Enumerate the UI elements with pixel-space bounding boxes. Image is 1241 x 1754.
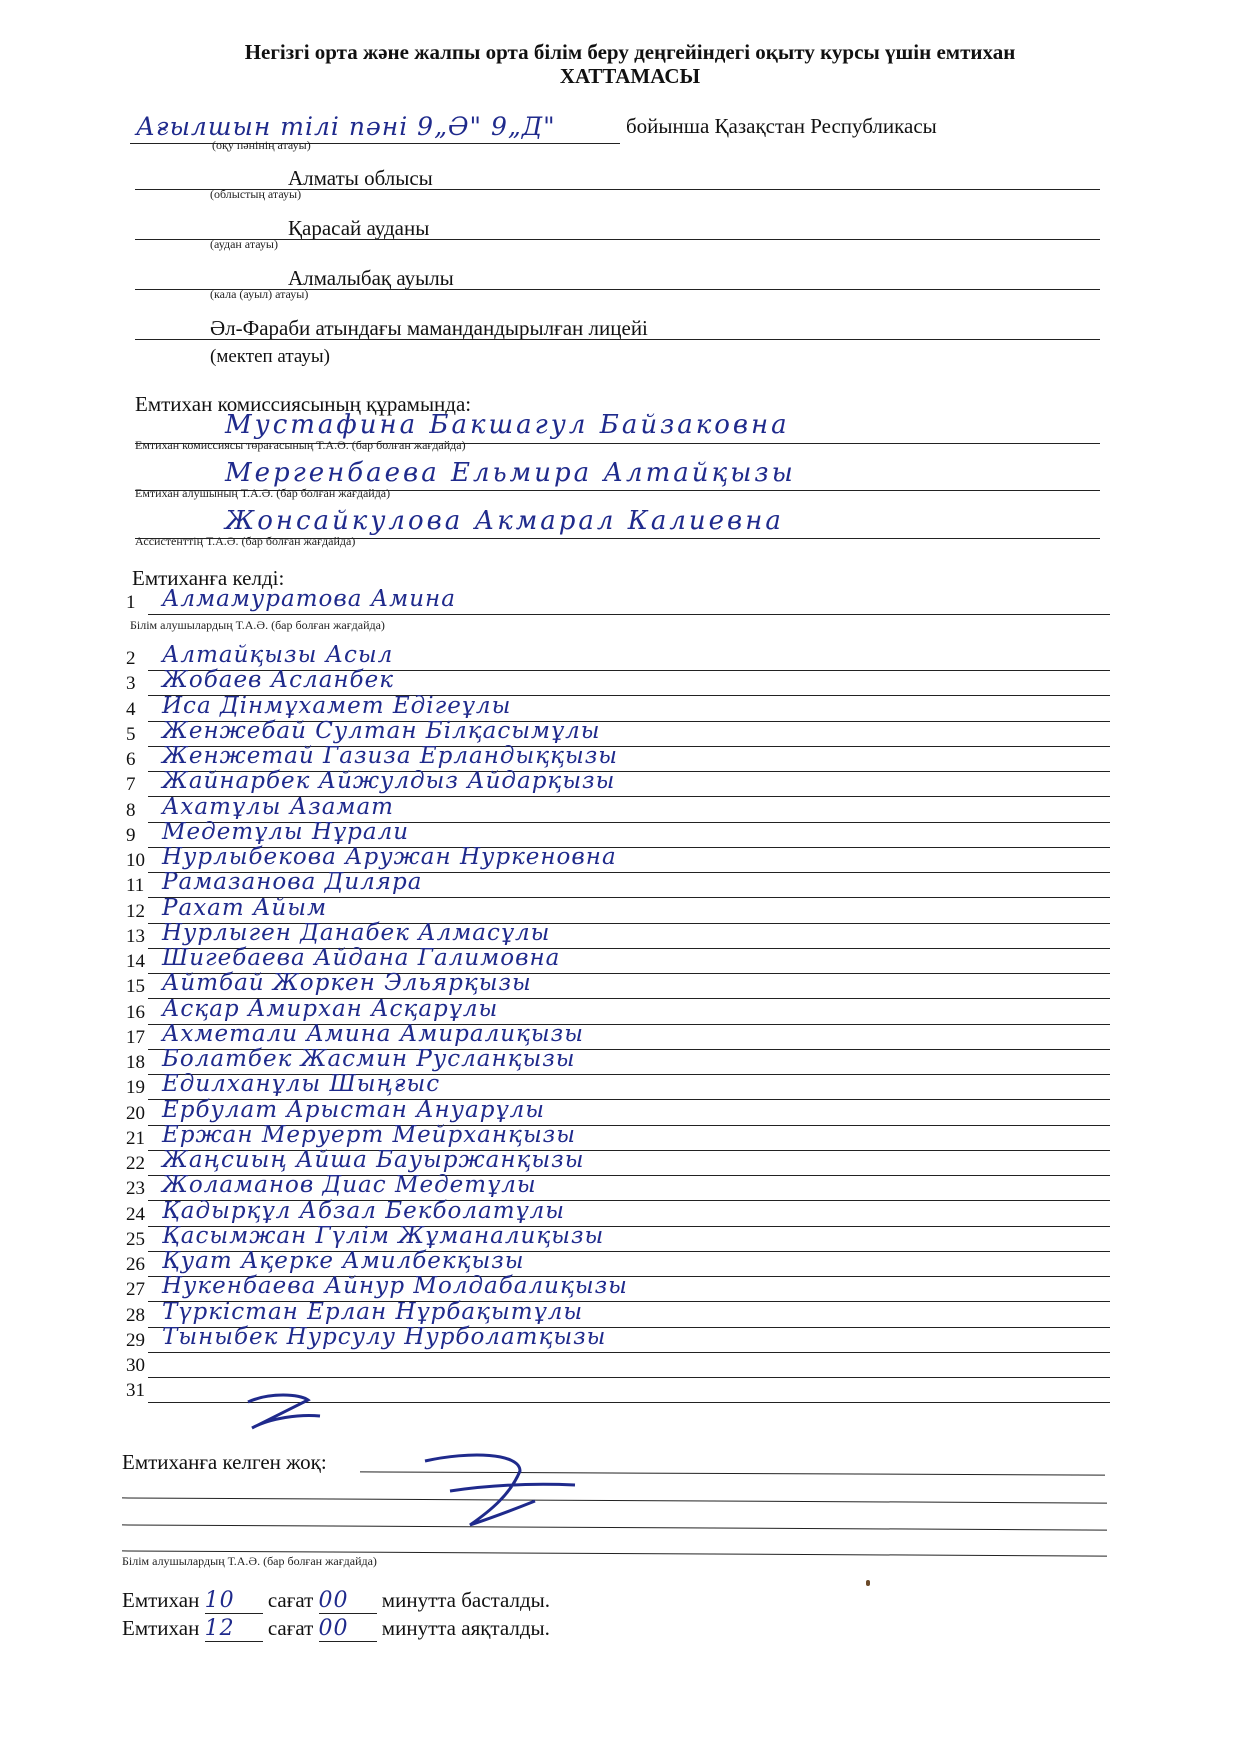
student-number: 22 (126, 1153, 156, 1175)
student-number: 29 (126, 1330, 156, 1352)
subject-line (130, 143, 620, 144)
end-minute: 00 (319, 1616, 349, 1641)
title-line-1: Негізгі орта және жалпы орта білім беру … (150, 40, 1110, 64)
district-line (135, 239, 1100, 240)
student-number: 30 (126, 1355, 156, 1377)
chair-value: Мустафина Бакшагул Байзаковна (225, 410, 790, 440)
student-name: Рахат Айым (162, 895, 327, 921)
student-number: 12 (126, 901, 156, 923)
student-number: 26 (126, 1254, 156, 1276)
cancel-scribble-absent (410, 1445, 580, 1530)
student-name: Жаңсиың Айша Бауыржанқызы (162, 1147, 584, 1173)
start-minute-field: 00 (319, 1588, 377, 1614)
student-name: Ержан Меруерт Мейрханқызы (162, 1122, 576, 1148)
end-prefix: Емтихан (122, 1616, 199, 1640)
exam-protocol-page: Негізгі орта және жалпы орта білім беру … (0, 0, 1241, 1754)
student-name: Қасымжан Гүлім Жұманалиқызы (162, 1223, 604, 1249)
end-hour: 12 (205, 1616, 235, 1641)
student-number: 15 (126, 976, 156, 998)
student-number: 21 (126, 1128, 156, 1150)
region-value: Алматы облысы (288, 166, 433, 191)
village-value: Алмалыбақ ауылы (288, 266, 454, 291)
student-name: Асқар Амирхан Асқарұлы (162, 996, 498, 1022)
student-number: 25 (126, 1229, 156, 1251)
student-number: 13 (126, 926, 156, 948)
student-number: 2 (126, 648, 156, 670)
examiner-value: Мергенбаева Ельмира Алтайқызы (225, 458, 796, 488)
region-caption: (облыстың атауы) (210, 187, 301, 202)
student-name: Жоламанов Диас Медетұлы (162, 1172, 537, 1198)
student-name: Нукенбаева Айнур Молдабалиқызы (162, 1273, 628, 1299)
student-name: Қадырқұл Абзал Бекболатұлы (162, 1198, 565, 1224)
absent-caption: Білім алушылардың Т.А.Ә. (бар болған жағ… (122, 1554, 377, 1569)
chair-caption: Емтихан комиссиясы төрағасының Т.А.Ә. (б… (135, 438, 466, 453)
school-line (135, 339, 1100, 340)
assistant-caption: Ассистенттің Т.А.Ә. (бар болған жағдайда… (135, 534, 355, 549)
end-hour-word: сағат (268, 1616, 313, 1640)
student-number: 10 (126, 850, 156, 872)
end-time-row: Емтихан 12 сағат 00 минутта аяқталды. (122, 1616, 550, 1642)
student-number: 1 (126, 592, 156, 614)
end-suffix: минутта аяқталды. (382, 1616, 550, 1640)
cancel-scribble-rows (240, 1390, 330, 1440)
student-name: Қуат Ақерке Амилбекқызы (162, 1248, 525, 1274)
absent-heading: Емтиханға келген жоқ: (122, 1450, 327, 1475)
student-name: Болатбек Жасмин Русланқызы (162, 1046, 576, 1072)
student-number: 16 (126, 1002, 156, 1024)
student-name: Нурлыген Данабек Алмасұлы (162, 920, 550, 946)
district-value: Қарасай ауданы (288, 216, 429, 241)
student-number: 23 (126, 1178, 156, 1200)
document-title: Негізгі орта және жалпы орта білім беру … (150, 40, 1110, 88)
student-number: 6 (126, 749, 156, 771)
student-number: 24 (126, 1204, 156, 1226)
student-line (148, 1352, 1110, 1353)
student-line (148, 614, 1110, 615)
student-name: Шигебаева Айдана Галимовна (162, 945, 560, 971)
attended-caption: Білім алушылардың Т.А.Ә. (бар болған жағ… (130, 618, 385, 633)
student-name: Алмамуратова Амина (162, 586, 456, 612)
student-row: 30 (126, 1355, 1110, 1379)
subject-value: Ағылшын тілі пәні 9„Ә" 9„Д" (136, 112, 556, 141)
start-hour-word: сағат (268, 1588, 313, 1612)
student-name: Медетұлы Нұрали (162, 819, 409, 845)
student-number: 31 (126, 1380, 156, 1402)
student-name: Нурлыбекова Аружан Нуркеновна (162, 844, 617, 870)
student-number: 5 (126, 724, 156, 746)
student-number: 20 (126, 1103, 156, 1125)
student-number: 3 (126, 673, 156, 695)
student-name: Жобаев Асланбек (162, 667, 394, 693)
student-name: Жайнарбек Айжулдыз Айдарқызы (162, 768, 615, 794)
student-number: 4 (126, 699, 156, 721)
assistant-value: Жонсайкулова Акмарал Калиевна (225, 506, 784, 536)
start-hour-field: 10 (205, 1588, 263, 1614)
student-name: Ахметали Амина Амиралиқызы (162, 1021, 584, 1047)
student-number: 27 (126, 1279, 156, 1301)
student-name: Едилханұлы Шыңғыс (162, 1071, 440, 1097)
start-hour: 10 (205, 1588, 235, 1613)
district-caption: (аудан атауы) (210, 237, 278, 252)
student-number: 9 (126, 825, 156, 847)
student-number: 14 (126, 951, 156, 973)
start-suffix: минутта басталды. (382, 1588, 550, 1612)
absent-line-2 (122, 1497, 1107, 1503)
paper-speck (866, 1580, 870, 1586)
end-hour-field: 12 (205, 1616, 263, 1642)
start-prefix: Емтихан (122, 1588, 199, 1612)
student-name: Ахатұлы Азамат (162, 794, 394, 820)
absent-line-3 (122, 1524, 1107, 1530)
student-row: 29Тыныбек Нурсулу Нурболатқызы (126, 1330, 1110, 1354)
student-name: Алтайқызы Асыл (162, 642, 393, 668)
village-caption: (кала (ауыл) атауы) (210, 287, 308, 302)
student-line (148, 1377, 1110, 1378)
student-number: 17 (126, 1027, 156, 1049)
student-number: 19 (126, 1077, 156, 1099)
student-name: Иса Дінмұхамет Едігеұлы (162, 693, 511, 719)
student-name: Тыныбек Нурсулу Нурболатқызы (162, 1324, 606, 1350)
title-line-2: ХАТТАМАСЫ (150, 64, 1110, 88)
student-name: Женжебай Султан Білқасымұлы (162, 718, 601, 744)
student-number: 11 (126, 875, 156, 897)
school-caption: (мектеп атауы) (210, 346, 330, 368)
student-name: Айтбай Жоркен Эльярқызы (162, 970, 532, 996)
student-number: 28 (126, 1305, 156, 1327)
student-name: Түркістан Ерлан Нұрбақытұлы (162, 1299, 583, 1325)
student-number: 8 (126, 800, 156, 822)
school-value: Әл-Фараби атындағы мамандандырылған лице… (210, 316, 648, 341)
student-row: 1Алмамуратова Амина (126, 592, 1110, 616)
student-name: Рамазанова Диляра (162, 869, 422, 895)
subject-suffix: бойынша Қазақстан Республикасы (626, 114, 937, 139)
student-number: 7 (126, 774, 156, 796)
student-number: 18 (126, 1052, 156, 1074)
examiner-caption: Емтихан алушының Т.А.Ә. (бар болған жағд… (135, 486, 390, 501)
student-name: Женжетай Газиза Ерландыққызы (162, 743, 618, 769)
start-time-row: Емтихан 10 сағат 00 минутта басталды. (122, 1588, 550, 1614)
subject-caption: (оқу пәнінің атауы) (212, 138, 311, 153)
start-minute: 00 (319, 1588, 349, 1613)
student-name: Ербулат Арыстан Ануарұлы (162, 1097, 545, 1123)
end-minute-field: 00 (319, 1616, 377, 1642)
